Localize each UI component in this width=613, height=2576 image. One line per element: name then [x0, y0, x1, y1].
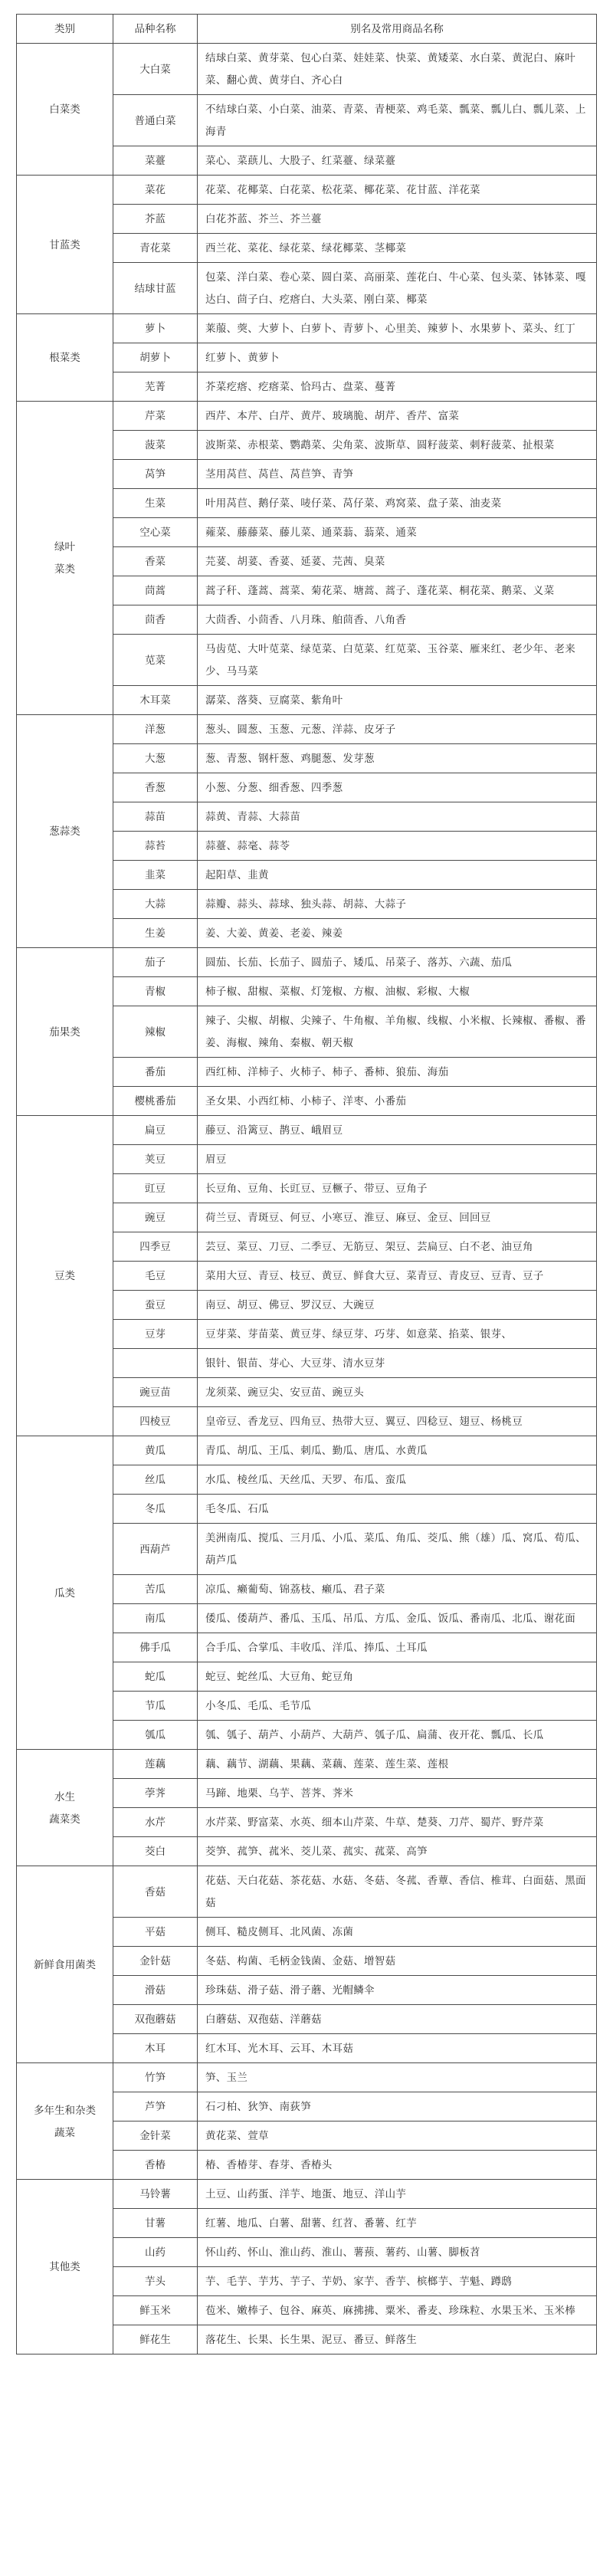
variety-cell: 香菜 — [113, 547, 198, 576]
variety-cell: 大蒜 — [113, 890, 198, 919]
alias-cell: 芫荽、胡荽、香荽、延荽、芫茜、臭菜 — [198, 547, 597, 576]
variety-cell: 节瓜 — [113, 1692, 198, 1721]
variety-cell: 茼蒿 — [113, 576, 198, 605]
alias-cell: 黄花菜、萱草 — [198, 2122, 597, 2151]
variety-cell: 双孢蘑菇 — [113, 2005, 198, 2034]
variety-cell: 苦瓜 — [113, 1575, 198, 1604]
variety-cell: 青椒 — [113, 977, 198, 1006]
alias-cell: 合手瓜、合掌瓜、丰收瓜、洋瓜、捧瓜、土耳瓜 — [198, 1633, 597, 1662]
variety-cell: 金针菜 — [113, 2122, 198, 2151]
alias-cell: 葱头、圆葱、玉葱、元葱、洋蒜、皮牙子 — [198, 715, 597, 744]
alias-cell: 美洲南瓜、搅瓜、三月瓜、小瓜、菜瓜、角瓜、茭瓜、熊（雄）瓜、窝瓜、荀瓜、葫芦瓜 — [198, 1524, 597, 1575]
variety-cell: 鲜花生 — [113, 2325, 198, 2354]
variety-cell: 荚豆 — [113, 1145, 198, 1174]
alias-cell: 芥菜疙瘩、疙瘩菜、恰玛古、盘菜、蔓菁 — [198, 372, 597, 402]
variety-cell: 平菇 — [113, 1918, 198, 1947]
alias-cell: 圣女果、小西红柿、小柿子、洋枣、小番茄 — [198, 1087, 597, 1116]
alias-cell: 倭瓜、倭葫芦、番瓜、玉瓜、吊瓜、方瓜、金瓜、饭瓜、番南瓜、北瓜、谢花面 — [198, 1604, 597, 1633]
alias-cell: 荷兰豆、青斑豆、何豆、小寒豆、淮豆、麻豆、金豆、回回豆 — [198, 1203, 597, 1232]
alias-cell: 蒜黄、青蒜、大蒜苗 — [198, 802, 597, 832]
category-cell: 豆类 — [17, 1116, 113, 1436]
alias-cell: 毛冬瓜、石瓜 — [198, 1495, 597, 1524]
alias-cell: 不结球白菜、小白菜、油菜、青菜、青梗菜、鸡毛菜、瓢菜、瓢儿白、瓢儿菜、上海青 — [198, 95, 597, 146]
alias-cell: 茭笋、菰笋、菰米、茭儿菜、菰实、菰菜、高笋 — [198, 1837, 597, 1866]
table-row: 葱蒜类洋葱葱头、圆葱、玉葱、元葱、洋蒜、皮牙子 — [17, 715, 597, 744]
variety-cell: 生菜 — [113, 489, 198, 518]
alias-cell: 豆芽菜、芽苗菜、黄豆芽、绿豆芽、巧芽、如意菜、掐菜、银芽、 — [198, 1320, 597, 1349]
variety-cell: 芜菁 — [113, 372, 198, 402]
alias-cell: 青瓜、胡瓜、王瓜、刺瓜、勤瓜、唐瓜、水黄瓜 — [198, 1436, 597, 1465]
variety-cell: 芥蓝 — [113, 205, 198, 234]
alias-cell: 银针、银苗、芽心、大豆芽、清水豆芽 — [198, 1349, 597, 1378]
alias-cell: 马齿苋、大叶苋菜、绿苋菜、白苋菜、红苋菜、玉谷菜、雁来红、老少年、老来少、马马菜 — [198, 635, 597, 686]
alias-cell: 花菇、天白花菇、茶花菇、水菇、冬菇、冬菰、香蕈、香信、椎茸、白面菇、黑面菇 — [198, 1866, 597, 1918]
alias-cell: 芋、毛芋、芋艿、芋子、芋奶、家芋、香芋、槟榔芋、芋魁、蹲鸱 — [198, 2267, 597, 2296]
alias-cell: 西红柿、洋柿子、火柿子、柿子、番柿、狼茄、海茄 — [198, 1058, 597, 1087]
alias-cell: 芸豆、菜豆、刀豆、二季豆、无筋豆、架豆、芸扁豆、白不老、油豆角 — [198, 1232, 597, 1262]
variety-cell: 韭菜 — [113, 861, 198, 890]
category-cell: 根菜类 — [17, 314, 113, 402]
alias-cell: 凉瓜、癞葡萄、锦荔枝、癞瓜、君子菜 — [198, 1575, 597, 1604]
alias-cell: 白蘑菇、双孢菇、洋蘑菇 — [198, 2005, 597, 2034]
variety-cell: 水芹 — [113, 1808, 198, 1837]
variety-cell: 香菇 — [113, 1866, 198, 1918]
variety-cell: 蛇瓜 — [113, 1662, 198, 1692]
variety-cell: 莲藕 — [113, 1750, 198, 1779]
variety-cell: 大白菜 — [113, 44, 198, 95]
category-cell: 其他类 — [17, 2180, 113, 2354]
variety-cell: 茄子 — [113, 948, 198, 977]
variety-cell: 甘薯 — [113, 2209, 198, 2238]
category-cell: 茄果类 — [17, 948, 113, 1116]
alias-cell: 大茴香、小茴香、八月珠、舶茴香、八角香 — [198, 605, 597, 635]
alias-cell: 莱菔、葖、大萝卜、白萝卜、青萝卜、心里美、辣萝卜、水果萝卜、菜头、红丁 — [198, 314, 597, 343]
variety-cell: 芦笋 — [113, 2092, 198, 2122]
alias-cell: 龙须菜、豌豆尖、安豆苗、豌豆头 — [198, 1378, 597, 1407]
header-row: 类别 品种名称 别名及常用商品名称 — [17, 15, 597, 44]
category-cell: 水生 蔬菜类 — [17, 1750, 113, 1866]
variety-cell: 西葫芦 — [113, 1524, 198, 1575]
variety-cell: 樱桃番茄 — [113, 1087, 198, 1116]
variety-cell: 冬瓜 — [113, 1495, 198, 1524]
variety-cell: 四棱豆 — [113, 1407, 198, 1436]
alias-cell: 结球白菜、黄芽菜、包心白菜、娃娃菜、快菜、黄矮菜、水白菜、黄泥白、麻叶菜、翻心黄… — [198, 44, 597, 95]
variety-cell: 普通白菜 — [113, 95, 198, 146]
variety-cell: 萝卜 — [113, 314, 198, 343]
variety-cell: 生姜 — [113, 919, 198, 948]
alias-cell: 红萝卜、黄萝卜 — [198, 343, 597, 372]
category-cell: 多年生和杂类 蔬菜 — [17, 2063, 113, 2180]
alias-cell: 藕、藕节、湖藕、果藕、菜藕、莲菜、莲生菜、莲根 — [198, 1750, 597, 1779]
alias-cell: 蒜瓣、蒜头、蒜球、独头蒜、胡蒜、大蒜子 — [198, 890, 597, 919]
alias-cell: 柿子椒、甜椒、菜椒、灯笼椒、方椒、油椒、彩椒、大椒 — [198, 977, 597, 1006]
alias-cell: 蛇豆、蛇丝瓜、大豆角、蛇豆角 — [198, 1662, 597, 1692]
variety-cell: 芋头 — [113, 2267, 198, 2296]
variety-cell — [113, 1349, 198, 1378]
table-row: 新鲜食用菌类香菇花菇、天白花菇、茶花菇、水菇、冬菇、冬菰、香蕈、香信、椎茸、白面… — [17, 1866, 597, 1918]
alias-cell: 菜用大豆、青豆、枝豆、黄豆、鲜食大豆、菜青豆、青皮豆、豆青、豆子 — [198, 1262, 597, 1291]
table-row: 瓜类黄瓜青瓜、胡瓜、王瓜、刺瓜、勤瓜、唐瓜、水黄瓜 — [17, 1436, 597, 1465]
alias-cell: 包菜、洋白菜、卷心菜、圆白菜、高丽菜、莲花白、牛心菜、包头菜、钵钵菜、嘎达白、茴… — [198, 263, 597, 314]
variety-cell: 菜花 — [113, 176, 198, 205]
category-cell: 绿叶 菜类 — [17, 402, 113, 715]
variety-cell: 瓠瓜 — [113, 1721, 198, 1750]
variety-cell: 香葱 — [113, 773, 198, 802]
variety-cell: 木耳菜 — [113, 686, 198, 715]
category-cell: 瓜类 — [17, 1436, 113, 1750]
table-row: 水生 蔬菜类莲藕藕、藕节、湖藕、果藕、菜藕、莲菜、莲生菜、莲根 — [17, 1750, 597, 1779]
table-row: 多年生和杂类 蔬菜竹笋笋、玉兰 — [17, 2063, 597, 2092]
alias-cell: 苞米、嫩棒子、包谷、麻英、麻拂拂、粟米、番麦、珍珠粒、水果玉米、玉米棒 — [198, 2296, 597, 2325]
table-row: 白菜类大白菜结球白菜、黄芽菜、包心白菜、娃娃菜、快菜、黄矮菜、水白菜、黄泥白、麻… — [17, 44, 597, 95]
alias-cell: 珍珠菇、滑子菇、滑子蘑、光帽鳞伞 — [198, 1976, 597, 2005]
alias-cell: 小葱、分葱、细香葱、四季葱 — [198, 773, 597, 802]
category-cell: 甘蓝类 — [17, 176, 113, 314]
alias-cell: 南豆、胡豆、佛豆、罗汉豆、大豌豆 — [198, 1291, 597, 1320]
alias-cell: 蕹菜、藤藤菜、藤儿菜、通菜蓊、蓊菜、通菜 — [198, 518, 597, 547]
variety-cell: 马铃薯 — [113, 2180, 198, 2209]
table-row: 绿叶 菜类芹菜西芹、本芹、白芹、黄芹、玻璃脆、胡芹、香芹、富菜 — [17, 402, 597, 431]
alias-cell: 皇帝豆、香龙豆、四角豆、热带大豆、翼豆、四稔豆、翅豆、杨桃豆 — [198, 1407, 597, 1436]
alias-cell: 姜、大姜、黄姜、老姜、辣姜 — [198, 919, 597, 948]
category-cell: 新鲜食用菌类 — [17, 1866, 113, 2063]
header-aliases: 别名及常用商品名称 — [198, 15, 597, 44]
variety-cell: 豇豆 — [113, 1174, 198, 1203]
alias-cell: 眉豆 — [198, 1145, 597, 1174]
variety-cell: 辣椒 — [113, 1006, 198, 1058]
variety-cell: 扁豆 — [113, 1116, 198, 1145]
alias-cell: 水瓜、棱丝瓜、天丝瓜、天罗、布瓜、蛮瓜 — [198, 1465, 597, 1495]
vegetable-classification-table: 类别 品种名称 别名及常用商品名称 白菜类大白菜结球白菜、黄芽菜、包心白菜、娃娃… — [16, 14, 597, 2354]
alias-cell: 怀山药、怀山、淮山药、淮山、薯蓣、薯药、山薯、脚板苕 — [198, 2238, 597, 2267]
alias-cell: 瓠、瓠子、葫芦、小葫芦、大葫芦、瓠子瓜、扁蒲、夜开花、瓢瓜、长瓜 — [198, 1721, 597, 1750]
alias-cell: 潺菜、落葵、豆腐菜、紫角叶 — [198, 686, 597, 715]
alias-cell: 冬菇、构菌、毛柄金钱菌、金菇、增智菇 — [198, 1947, 597, 1976]
alias-cell: 蒿子秆、蓬蒿、蒿菜、菊花菜、塘蒿、蒿子、蓬花菜、桐花菜、鹅菜、义菜 — [198, 576, 597, 605]
variety-cell: 鲜玉米 — [113, 2296, 198, 2325]
table-row: 根菜类萝卜莱菔、葖、大萝卜、白萝卜、青萝卜、心里美、辣萝卜、水果萝卜、菜头、红丁 — [17, 314, 597, 343]
alias-cell: 起阳草、韭黄 — [198, 861, 597, 890]
table-row: 甘蓝类菜花花菜、花椰菜、白花菜、松花菜、椰花菜、花甘蓝、洋花菜 — [17, 176, 597, 205]
alias-cell: 圆茄、长茄、长茄子、圆茄子、矮瓜、吊菜子、落苏、六蔬、茄瓜 — [198, 948, 597, 977]
alias-cell: 水芹菜、野富菜、水英、细本山芹菜、牛草、楚葵、刀芹、蜀芹、野芹菜 — [198, 1808, 597, 1837]
alias-cell: 小冬瓜、毛瓜、毛节瓜 — [198, 1692, 597, 1721]
category-cell: 葱蒜类 — [17, 715, 113, 948]
variety-cell: 茴香 — [113, 605, 198, 635]
variety-cell: 豆芽 — [113, 1320, 198, 1349]
alias-cell: 葱、青葱、钢杆葱、鸡腿葱、发芽葱 — [198, 744, 597, 773]
alias-cell: 茎用莴苣、莴苣、莴苣笋、青笋 — [198, 460, 597, 489]
variety-cell: 空心菜 — [113, 518, 198, 547]
variety-cell: 豌豆 — [113, 1203, 198, 1232]
alias-cell: 菜心、菜蕻儿、大股子、红菜薹、绿菜薹 — [198, 146, 597, 176]
variety-cell: 菠菜 — [113, 431, 198, 460]
variety-cell: 毛豆 — [113, 1262, 198, 1291]
variety-cell: 番茄 — [113, 1058, 198, 1087]
variety-cell: 苋菜 — [113, 635, 198, 686]
variety-cell: 菜薹 — [113, 146, 198, 176]
document-page: 类别 品种名称 别名及常用商品名称 白菜类大白菜结球白菜、黄芽菜、包心白菜、娃娃… — [0, 14, 613, 2354]
alias-cell: 土豆、山药蛋、洋芋、地蛋、地豆、洋山芋 — [198, 2180, 597, 2209]
table-body: 白菜类大白菜结球白菜、黄芽菜、包心白菜、娃娃菜、快菜、黄矮菜、水白菜、黄泥白、麻… — [17, 44, 597, 2354]
alias-cell: 马蹄、地栗、乌芋、菩荠、荠米 — [198, 1779, 597, 1808]
alias-cell: 红木耳、光木耳、云耳、木耳菇 — [198, 2034, 597, 2063]
variety-cell: 四季豆 — [113, 1232, 198, 1262]
variety-cell: 山药 — [113, 2238, 198, 2267]
alias-cell: 侧耳、糙皮侧耳、北风菌、冻菌 — [198, 1918, 597, 1947]
variety-cell: 大葱 — [113, 744, 198, 773]
variety-cell: 佛手瓜 — [113, 1633, 198, 1662]
alias-cell: 落花生、长果、长生果、泥豆、番豆、鲜落生 — [198, 2325, 597, 2354]
variety-cell: 竹笋 — [113, 2063, 198, 2092]
alias-cell: 辣子、尖椒、胡椒、尖辣子、牛角椒、羊角椒、线椒、小米椒、长辣椒、番椒、番姜、海椒… — [198, 1006, 597, 1058]
variety-cell: 蚕豆 — [113, 1291, 198, 1320]
alias-cell: 西兰花、菜花、绿花菜、绿花椰菜、茎椰菜 — [198, 234, 597, 263]
variety-cell: 荸荠 — [113, 1779, 198, 1808]
variety-cell: 丝瓜 — [113, 1465, 198, 1495]
variety-cell: 洋葱 — [113, 715, 198, 744]
variety-cell: 豌豆苗 — [113, 1378, 198, 1407]
variety-cell: 金针菇 — [113, 1947, 198, 1976]
variety-cell: 胡萝卜 — [113, 343, 198, 372]
header-category: 类别 — [17, 15, 113, 44]
alias-cell: 花菜、花椰菜、白花菜、松花菜、椰花菜、花甘蓝、洋花菜 — [198, 176, 597, 205]
variety-cell: 南瓜 — [113, 1604, 198, 1633]
alias-cell: 叶用莴苣、鹅仔菜、唛仔菜、莴仔菜、鸡窝菜、盘子菜、油麦菜 — [198, 489, 597, 518]
alias-cell: 藤豆、沿篱豆、鹊豆、峨眉豆 — [198, 1116, 597, 1145]
table-row: 其他类马铃薯土豆、山药蛋、洋芋、地蛋、地豆、洋山芋 — [17, 2180, 597, 2209]
alias-cell: 白花芥蓝、芥兰、芥兰薹 — [198, 205, 597, 234]
alias-cell: 石刁柏、狄笋、南荻笋 — [198, 2092, 597, 2122]
alias-cell: 红薯、地瓜、白薯、甜薯、红苕、番薯、红芋 — [198, 2209, 597, 2238]
table-row: 茄果类茄子圆茄、长茄、长茄子、圆茄子、矮瓜、吊菜子、落苏、六蔬、茄瓜 — [17, 948, 597, 977]
variety-cell: 莴笋 — [113, 460, 198, 489]
alias-cell: 长豆角、豆角、长豇豆、豆橛子、带豆、豆角子 — [198, 1174, 597, 1203]
variety-cell: 木耳 — [113, 2034, 198, 2063]
variety-cell: 茭白 — [113, 1837, 198, 1866]
variety-cell: 蒜苗 — [113, 802, 198, 832]
table-row: 豆类扁豆藤豆、沿篱豆、鹊豆、峨眉豆 — [17, 1116, 597, 1145]
variety-cell: 芹菜 — [113, 402, 198, 431]
variety-cell: 青花菜 — [113, 234, 198, 263]
header-variety: 品种名称 — [113, 15, 198, 44]
alias-cell: 蒜薹、蒜毫、蒜苓 — [198, 832, 597, 861]
alias-cell: 西芹、本芹、白芹、黄芹、玻璃脆、胡芹、香芹、富菜 — [198, 402, 597, 431]
table-header: 类别 品种名称 别名及常用商品名称 — [17, 15, 597, 44]
variety-cell: 滑菇 — [113, 1976, 198, 2005]
alias-cell: 椿、香椿芽、春芽、香椿头 — [198, 2151, 597, 2180]
variety-cell: 黄瓜 — [113, 1436, 198, 1465]
alias-cell: 波斯菜、赤根菜、鹦鹉菜、尖角菜、波斯草、圆籽菠菜、刺籽菠菜、扯根菜 — [198, 431, 597, 460]
variety-cell: 结球甘蓝 — [113, 263, 198, 314]
variety-cell: 蒜苔 — [113, 832, 198, 861]
variety-cell: 香椿 — [113, 2151, 198, 2180]
alias-cell: 笋、玉兰 — [198, 2063, 597, 2092]
category-cell: 白菜类 — [17, 44, 113, 176]
